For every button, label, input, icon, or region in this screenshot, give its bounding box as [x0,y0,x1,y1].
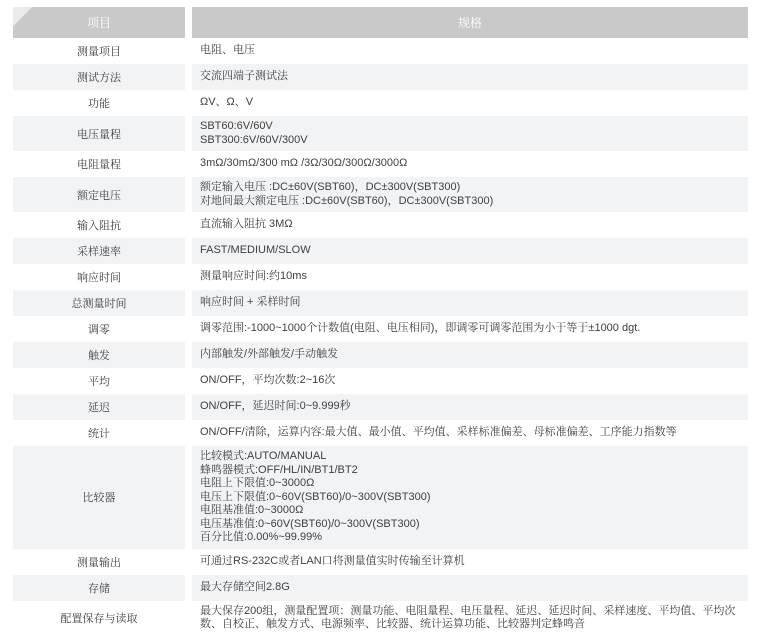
spec-item-cell: 配置保存与读取 [13,601,185,636]
table-row: 测量项目 电阻、电压 [13,38,748,64]
spec-value-line: 电阻基准值:0~3000Ω [200,504,430,518]
spec-value-line: 对地间最大额定电压 :DC±60V(SBT60)，DC±300V(SBT300) [200,195,493,209]
spec-value-line: 额定输入电压 :DC±60V(SBT60)，DC±300V(SBT300) [200,181,493,195]
spec-value-cell: 可通过RS-232C或者LAN口将测量值实时传输至计算机 [192,549,748,575]
spec-value: 响应时间 + 采样时间 [192,292,311,314]
table-row: 触发 内部触发/外部触发/手动触发 [13,342,748,368]
spec-item-cell: 功能 [13,90,185,116]
table-row: 平均 ON/OFF，平均次数:2~16次 [13,368,748,394]
spec-value-line: FAST/MEDIUM/SLOW [200,244,311,258]
spec-item-cell: 触发 [13,342,185,368]
spec-value-line: ON/OFF/清除，运算内容:最大值、最小值、平均值、采样标准偏差、母标准偏差、… [200,426,677,440]
spec-item-label: 测量输出 [77,554,121,570]
column-gutter [185,90,192,116]
spec-value-line: 调零范围:-1000~1000个计数值(电阻、电压相同)，即调零可调零范围为小于… [200,322,640,336]
spec-value-cell: 额定输入电压 :DC±60V(SBT60)，DC±300V(SBT300)对地间… [192,177,748,212]
spec-value-line: 电阻上下限值:0~3000Ω [200,477,430,491]
spec-value: ON/OFF，平均次数:2~16次 [192,370,345,392]
table-row: 功能 ΩV、Ω、V [13,90,748,116]
spec-item-label: 额定电压 [77,187,121,203]
spec-item-label: 比较器 [83,489,116,505]
spec-value-cell: ON/OFF，平均次数:2~16次 [192,368,748,394]
spec-value-cell: 内部触发/外部触发/手动触发 [192,342,748,368]
column-gutter [185,7,192,38]
spec-value: 最大存储空间2.8G [192,577,300,599]
column-gutter [185,177,192,212]
column-gutter [185,64,192,90]
spec-value-line: ON/OFF，平均次数:2~16次 [200,374,335,388]
table-row: 延迟 ON/OFF，延迟时间:0~9.999秒 [13,394,748,420]
spec-value: 3mΩ/30mΩ/300 mΩ /3Ω/30Ω/300Ω/3000Ω [192,153,417,175]
spec-value-cell: SBT60:6V/60VSBT300:6V/60V/300V [192,116,748,151]
spec-value-cell: ON/OFF/清除，运算内容:最大值、最小值、平均值、采样标准偏差、母标准偏差、… [192,420,748,446]
spec-value-cell: 比较模式:AUTO/MANUAL蜂鸣器模式:OFF/HL/IN/BT1/BT2电… [192,446,748,549]
spec-value-line: 百分比值:0.00%~99.99% [200,531,430,545]
table-row: 存储 最大存储空间2.8G [13,575,748,601]
spec-value: 调零范围:-1000~1000个计数值(电阻、电压相同)，即调零可调零范围为小于… [192,318,650,340]
table-row: 电阻量程 3mΩ/30mΩ/300 mΩ /3Ω/30Ω/300Ω/3000Ω [13,151,748,177]
column-gutter [185,212,192,238]
column-gutter [185,368,192,394]
header-item-label: 项目 [87,14,111,31]
spec-value-line: 蜂鸣器模式:OFF/HL/IN/BT1/BT2 [200,464,430,478]
column-gutter [185,549,192,575]
spec-item-label: 配置保存与读取 [61,610,138,626]
column-gutter [185,290,192,316]
spec-item-cell: 测量项目 [13,38,185,64]
spec-item-label: 延迟 [88,399,110,415]
spec-item-cell: 统计 [13,420,185,446]
spec-value: 比较模式:AUTO/MANUAL蜂鸣器模式:OFF/HL/IN/BT1/BT2电… [192,446,440,549]
spec-value-line: 电阻、电压 [200,44,255,58]
spec-value-cell: FAST/MEDIUM/SLOW [192,238,748,264]
spec-item-cell: 平均 [13,368,185,394]
table-row: 比较器 比较模式:AUTO/MANUAL蜂鸣器模式:OFF/HL/IN/BT1/… [13,446,748,549]
spec-item-cell: 输入阻抗 [13,212,185,238]
spec-value-line: SBT60:6V/60V [200,120,308,134]
spec-value-cell: 直流输入阻抗 3MΩ [192,212,748,238]
spec-item-cell: 存储 [13,575,185,601]
spec-value-line: 最大保存200组，测量配置项：测量功能、电阻量程、电压量程、延迟、延迟时间、采样… [200,605,738,632]
spec-value-cell: 最大保存200组，测量配置项：测量功能、电阻量程、电压量程、延迟、延迟时间、采样… [192,601,748,636]
spec-item-label: 调零 [88,321,110,337]
spec-value: 额定输入电压 :DC±60V(SBT60)，DC±300V(SBT300)对地间… [192,177,503,212]
column-gutter [185,446,192,549]
column-gutter [185,116,192,151]
spec-value-line: ON/OFF，延迟时间:0~9.999秒 [200,400,351,414]
spec-item-cell: 调零 [13,316,185,342]
spec-item-label: 存储 [88,580,110,596]
spec-item-cell: 电压量程 [13,116,185,151]
column-gutter [185,575,192,601]
spec-value-cell: ON/OFF，延迟时间:0~9.999秒 [192,394,748,420]
spec-value: 直流输入阻抗 3MΩ [192,214,303,236]
table-row: 调零 调零范围:-1000~1000个计数值(电阻、电压相同)，即调零可调零范围… [13,316,748,342]
spec-item-label: 电阻量程 [77,156,121,172]
spec-item-label: 采样速率 [77,243,121,259]
spec-item-label: 统计 [88,425,110,441]
spec-item-cell: 测试方法 [13,64,185,90]
spec-item-label: 功能 [88,95,110,111]
table-body: 测量项目 电阻、电压 测试方法 交流四端子测试法 功能 ΩV、Ω、V 电压量程 … [13,38,748,636]
spec-value: 电阻、电压 [192,40,265,62]
table-row: 配置保存与读取 最大保存200组，测量配置项：测量功能、电阻量程、电压量程、延迟… [13,601,748,636]
spec-item-cell: 总测量时间 [13,290,185,316]
spec-value-cell: 电阻、电压 [192,38,748,64]
column-gutter [185,316,192,342]
column-gutter [185,420,192,446]
spec-value-line: SBT300:6V/60V/300V [200,134,308,148]
header-cell-item: 项目 [13,7,185,38]
spec-value: ΩV、Ω、V [192,92,263,114]
table-row: 额定电压 额定输入电压 :DC±60V(SBT60)，DC±300V(SBT30… [13,177,748,212]
spec-value: 可通过RS-232C或者LAN口将测量值实时传输至计算机 [192,551,475,573]
spec-value-line: 直流输入阻抗 3MΩ [200,218,293,232]
table-row: 输入阻抗 直流输入阻抗 3MΩ [13,212,748,238]
table-row: 测量输出 可通过RS-232C或者LAN口将测量值实时传输至计算机 [13,549,748,575]
column-gutter [185,151,192,177]
spec-item-cell: 测量输出 [13,549,185,575]
spec-value: 最大保存200组，测量配置项：测量功能、电阻量程、电压量程、延迟、延迟时间、采样… [192,601,748,636]
spec-value: 测量响应时间:约10ms [192,266,317,288]
spec-value-cell: 测量响应时间:约10ms [192,264,748,290]
spec-item-label: 响应时间 [77,269,121,285]
spec-value-line: 3mΩ/30mΩ/300 mΩ /3Ω/30Ω/300Ω/3000Ω [200,157,407,171]
spec-value-line: 测量响应时间:约10ms [200,270,307,284]
spec-value-line: 电压基准值:0~60V(SBT60)/0~300V(SBT300) [200,518,430,532]
spec-value-line: 内部触发/外部触发/手动触发 [200,348,338,362]
spec-value-line: 可通过RS-232C或者LAN口将测量值实时传输至计算机 [200,555,465,569]
spec-value-cell: ΩV、Ω、V [192,90,748,116]
spec-value-line: 最大存储空间2.8G [200,581,290,595]
spec-value-line: 比较模式:AUTO/MANUAL [200,450,430,464]
table-row: 采样速率 FAST/MEDIUM/SLOW [13,238,748,264]
spec-item-cell: 响应时间 [13,264,185,290]
spec-item-label: 测试方法 [77,69,121,85]
spec-item-cell: 采样速率 [13,238,185,264]
spec-item-label: 输入阻抗 [77,217,121,233]
column-gutter [185,264,192,290]
spec-value-line: 响应时间 + 采样时间 [200,296,301,310]
spec-value-line: 电压上下限值:0~60V(SBT60)/0~300V(SBT300) [200,491,430,505]
spec-value-cell: 调零范围:-1000~1000个计数值(电阻、电压相同)，即调零可调零范围为小于… [192,316,748,342]
spec-value: 交流四端子测试法 [192,66,298,88]
table-row: 总测量时间 响应时间 + 采样时间 [13,290,748,316]
spec-value-line: 交流四端子测试法 [200,70,288,84]
header-cell-spec: 规格 [192,7,748,38]
table-row: 响应时间 测量响应时间:约10ms [13,264,748,290]
spec-item-label: 触发 [88,347,110,363]
spec-item-label: 电压量程 [77,126,121,142]
spec-item-label: 平均 [88,373,110,389]
column-gutter [185,394,192,420]
column-gutter [185,342,192,368]
table-row: 统计 ON/OFF/清除，运算内容:最大值、最小值、平均值、采样标准偏差、母标准… [13,420,748,446]
spec-value-cell: 交流四端子测试法 [192,64,748,90]
spec-value-line: ΩV、Ω、V [200,96,253,110]
spec-value: ON/OFF，延迟时间:0~9.999秒 [192,396,361,418]
folded-corner-decoration [13,7,32,26]
table-row: 测试方法 交流四端子测试法 [13,64,748,90]
spec-item-cell: 比较器 [13,446,185,549]
spec-item-label: 总测量时间 [72,295,127,311]
table-header-row: 项目 规格 [13,7,748,38]
spec-value-cell: 3mΩ/30mΩ/300 mΩ /3Ω/30Ω/300Ω/3000Ω [192,151,748,177]
column-gutter [185,238,192,264]
spec-value: 内部触发/外部触发/手动触发 [192,344,348,366]
column-gutter [185,601,192,636]
specification-table: 项目 规格 测量项目 电阻、电压 测试方法 交流四端子测试法 功能 ΩV、Ω、V [13,7,748,636]
spec-item-label: 测量项目 [77,43,121,59]
spec-value: ON/OFF/清除，运算内容:最大值、最小值、平均值、采样标准偏差、母标准偏差、… [192,422,687,444]
spec-value: SBT60:6V/60VSBT300:6V/60V/300V [192,116,318,151]
spec-item-cell: 额定电压 [13,177,185,212]
header-spec-label: 规格 [458,14,482,31]
table-row: 电压量程 SBT60:6V/60VSBT300:6V/60V/300V [13,116,748,151]
spec-value-cell: 最大存储空间2.8G [192,575,748,601]
spec-value: FAST/MEDIUM/SLOW [192,240,321,262]
spec-item-cell: 电阻量程 [13,151,185,177]
spec-item-cell: 延迟 [13,394,185,420]
column-gutter [185,38,192,64]
spec-value-cell: 响应时间 + 采样时间 [192,290,748,316]
